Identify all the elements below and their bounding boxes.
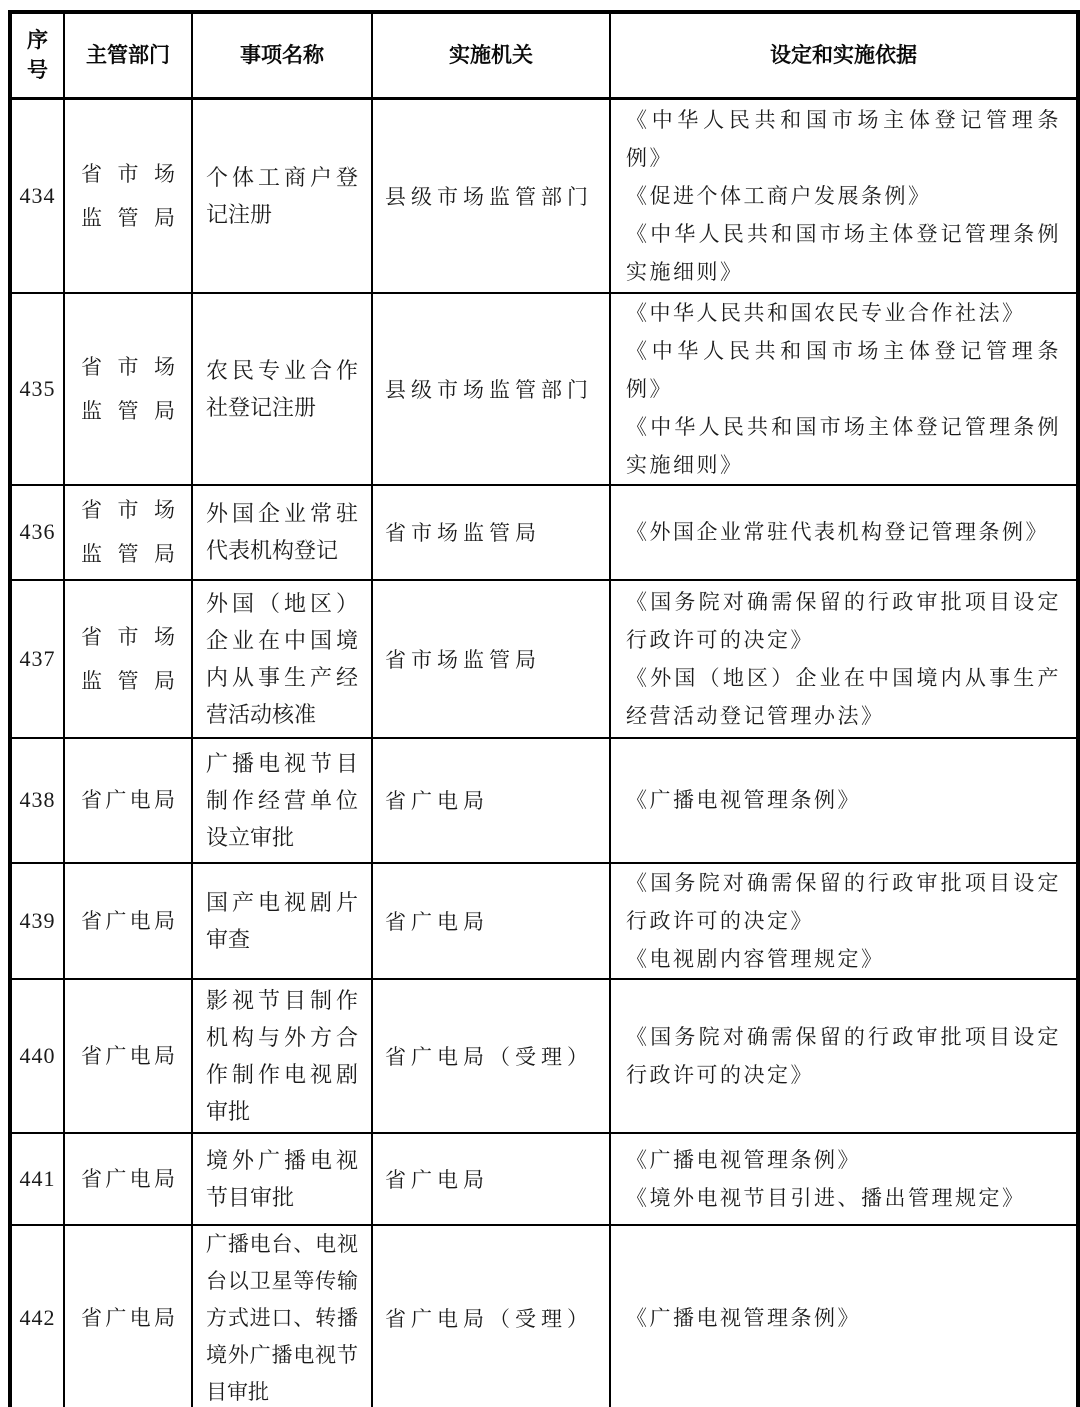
cell-basis: 《国务院对确需保留的行政审批项目设定行政许可的决定》《电视剧内容管理规定》 [610,863,1078,979]
cell-item-name: 广播电台、电视台以卫星等传输方式进口、转播境外广播电视节目审批 [192,1225,372,1407]
cell-agency: 省广电局 [372,738,610,863]
cell-department: 省市场 监管局 [64,293,192,485]
cell-item-name: 农民专业合作社登记注册 [192,293,372,485]
cell-agency: 县级市场监管部门 [372,99,610,293]
cell-item-name: 外国（地区）企业在中国境内从事生产经营活动核准 [192,580,372,738]
basis-entry: 《中华人民共和国市场主体登记管理条例实施细则》 [626,408,1061,484]
cell-department: 省广电局 [64,1133,192,1225]
table-row: 436 省市场 监管局 外国企业常驻代表机构登记 省市场监管局 《外国企业常驻代… [10,485,1078,580]
cell-item-name: 国产电视剧片审查 [192,863,372,979]
header-serial-number: 序号 [10,12,64,99]
cell-basis: 《广播电视管理条例》 [610,738,1078,863]
basis-entry: 《国务院对确需保留的行政审批项目设定行政许可的决定》 [626,1018,1061,1094]
cell-basis: 《中华人民共和国市场主体登记管理条例》《促进个体工商户发展条例》《中华人民共和国… [610,99,1078,293]
cell-agency: 县级市场监管部门 [372,293,610,485]
table-row: 437 省市场 监管局 外国（地区）企业在中国境内从事生产经营活动核准 省市场监… [10,580,1078,738]
cell-agency: 省广电局 [372,1133,610,1225]
basis-entry: 《广播电视管理条例》 [626,781,1061,819]
table-row: 438 省广电局 广播电视节目制作经营单位设立审批 省广电局 《广播电视管理条例… [10,738,1078,863]
cell-department: 省市场 监管局 [64,99,192,293]
cell-item-name: 外国企业常驻代表机构登记 [192,485,372,580]
table-row: 440 省广电局 影视节目制作机构与外方合作制作电视剧审批 省广电局（受理） 《… [10,979,1078,1133]
cell-serial-number: 442 [10,1225,64,1407]
cell-basis: 《国务院对确需保留的行政审批项目设定行政许可的决定》《外国（地区）企业在中国境内… [610,580,1078,738]
cell-item-name: 影视节目制作机构与外方合作制作电视剧审批 [192,979,372,1133]
table-row: 435 省市场 监管局 农民专业合作社登记注册 县级市场监管部门 《中华人民共和… [10,293,1078,485]
cell-serial-number: 440 [10,979,64,1133]
cell-basis: 《中华人民共和国农民专业合作社法》《中华人民共和国市场主体登记管理条例》《中华人… [610,293,1078,485]
header-department: 主管部门 [64,12,192,99]
cell-serial-number: 438 [10,738,64,863]
header-basis: 设定和实施依据 [610,12,1078,99]
table-row: 439 省广电局 国产电视剧片审查 省广电局 《国务院对确需保留的行政审批项目设… [10,863,1078,979]
header-agency: 实施机关 [372,12,610,99]
basis-entry: 《中华人民共和国市场主体登记管理条例实施细则》 [626,215,1061,291]
basis-entry: 《国务院对确需保留的行政审批项目设定行政许可的决定》 [626,583,1061,659]
table-row: 442 省广电局 广播电台、电视台以卫星等传输方式进口、转播境外广播电视节目审批… [10,1225,1078,1407]
cell-basis: 《国务院对确需保留的行政审批项目设定行政许可的决定》 [610,979,1078,1133]
basis-entry: 《广播电视管理条例》 [626,1141,1061,1179]
cell-department: 省广电局 [64,738,192,863]
cell-item-name: 个体工商户登记注册 [192,99,372,293]
header-item-name: 事项名称 [192,12,372,99]
basis-entry: 《广播电视管理条例》 [626,1299,1061,1337]
cell-department: 省广电局 [64,1225,192,1407]
header-row: 序号 主管部门 事项名称 实施机关 设定和实施依据 [10,12,1078,99]
document-page: 序号 主管部门 事项名称 实施机关 设定和实施依据 434 省市场 监管局 个体… [0,0,1080,1407]
basis-entry: 《中华人民共和国市场主体登记管理条例》 [626,332,1061,408]
cell-department: 省市场 监管局 [64,580,192,738]
table-row: 434 省市场 监管局 个体工商户登记注册 县级市场监管部门 《中华人民共和国市… [10,99,1078,293]
cell-item-name: 境外广播电视节目审批 [192,1133,372,1225]
cell-department: 省市场 监管局 [64,485,192,580]
cell-basis: 《外国企业常驻代表机构登记管理条例》 [610,485,1078,580]
cell-agency: 省市场监管局 [372,580,610,738]
basis-entry: 《促进个体工商户发展条例》 [626,177,1061,215]
basis-entry: 《中华人民共和国市场主体登记管理条例》 [626,101,1061,177]
basis-entry: 《国务院对确需保留的行政审批项目设定行政许可的决定》 [626,864,1061,940]
cell-agency: 省广电局 [372,863,610,979]
cell-department: 省广电局 [64,979,192,1133]
cell-serial-number: 435 [10,293,64,485]
cell-item-name: 广播电视节目制作经营单位设立审批 [192,738,372,863]
cell-basis: 《广播电视管理条例》《境外电视节目引进、播出管理规定》 [610,1133,1078,1225]
cell-serial-number: 437 [10,580,64,738]
cell-basis: 《广播电视管理条例》 [610,1225,1078,1407]
cell-serial-number: 441 [10,1133,64,1225]
basis-entry: 《外国企业常驻代表机构登记管理条例》 [626,513,1061,551]
cell-serial-number: 434 [10,99,64,293]
cell-serial-number: 436 [10,485,64,580]
cell-agency: 省市场监管局 [372,485,610,580]
basis-entry: 《境外电视节目引进、播出管理规定》 [626,1179,1061,1217]
basis-entry: 《电视剧内容管理规定》 [626,940,1061,978]
cell-department: 省广电局 [64,863,192,979]
approval-items-table: 序号 主管部门 事项名称 实施机关 设定和实施依据 434 省市场 监管局 个体… [8,10,1080,1407]
basis-entry: 《外国（地区）企业在中国境内从事生产经营活动登记管理办法》 [626,659,1061,735]
basis-entry: 《中华人民共和国农民专业合作社法》 [626,294,1061,332]
cell-agency: 省广电局（受理） [372,979,610,1133]
cell-serial-number: 439 [10,863,64,979]
table-row: 441 省广电局 境外广播电视节目审批 省广电局 《广播电视管理条例》《境外电视… [10,1133,1078,1225]
cell-agency: 省广电局（受理） [372,1225,610,1407]
